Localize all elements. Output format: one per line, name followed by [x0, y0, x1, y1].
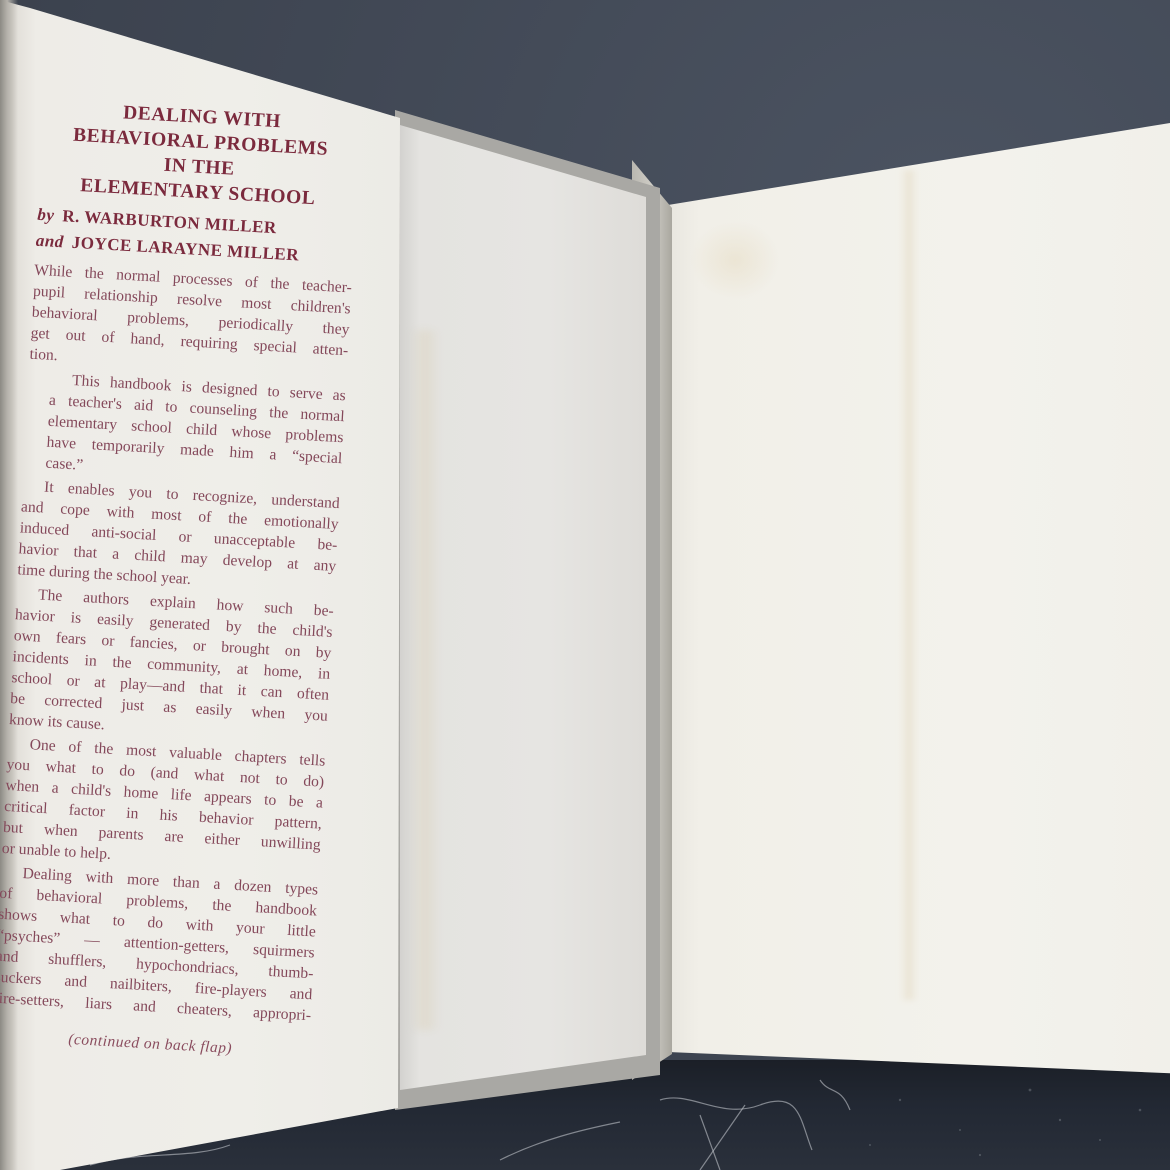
and-label: and [35, 231, 64, 252]
paragraph: Dealing with more than a dozen types of … [0, 862, 319, 1027]
page-stain [900, 170, 918, 1000]
flap-description: While the normal processes of the teache… [0, 260, 352, 1027]
flap-text-block: DEALING WITH BEHAVIORAL PROBLEMS IN THE … [0, 96, 362, 1062]
paragraph: The authors explain how such be- havior … [9, 583, 335, 748]
blank-right-page [668, 0, 1170, 1090]
by-label: by [37, 205, 55, 225]
paragraph: It enables you to recognize, understand … [17, 475, 340, 598]
book-title: DEALING WITH BEHAVIORAL PROBLEMS IN THE … [38, 96, 361, 214]
book-photo-scene: DEALING WITH BEHAVIORAL PROBLEMS IN THE … [0, 0, 1170, 1170]
endpaper-stain [410, 330, 440, 1030]
page-stain [690, 220, 780, 300]
paragraph: This handbook is designed to serve as a … [23, 368, 346, 491]
paragraph: One of the most valuable chapters tells … [1, 733, 326, 877]
book-authors: byR. WARBURTON MILLER andJOYCE LARAYNE M… [35, 202, 355, 272]
paragraph: While the normal processes of the teache… [29, 260, 352, 383]
